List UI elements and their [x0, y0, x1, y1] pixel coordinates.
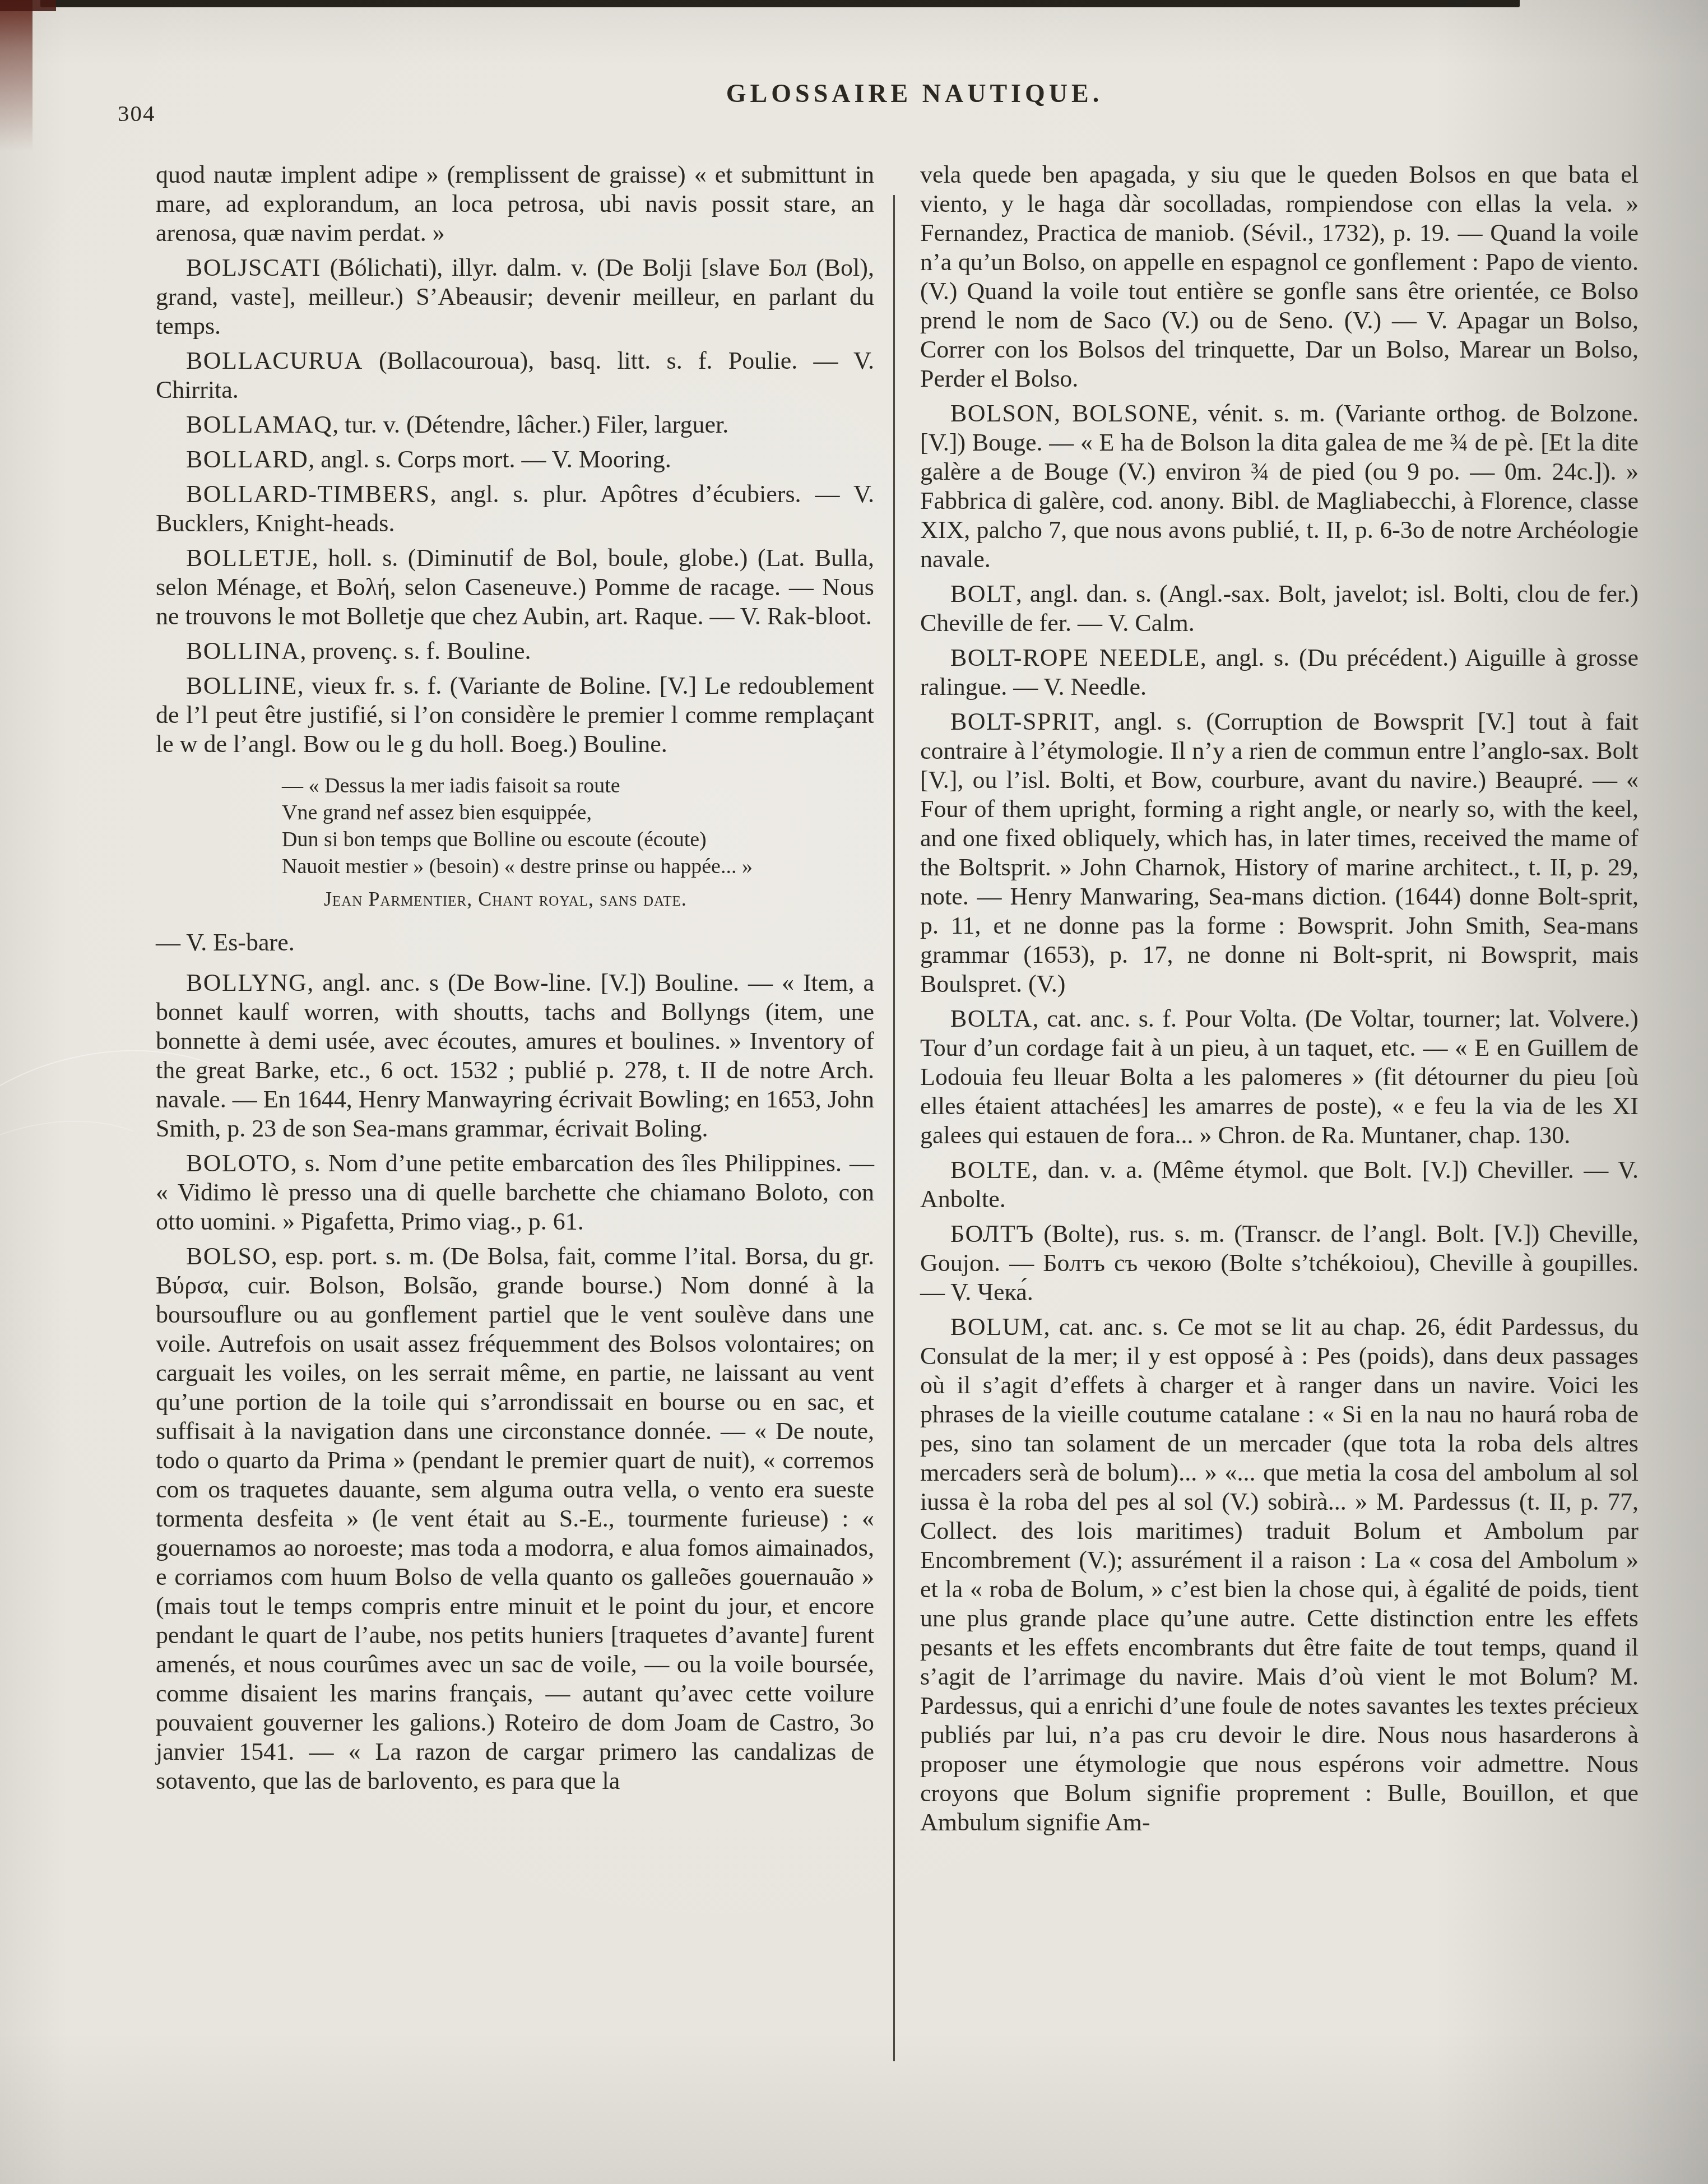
entry-paragraph: БОЛТЪ (Bolte), rus. s. m. (Transcr. de l… [920, 1219, 1639, 1307]
verse-line: Nauoit mestier » (besoin) « destre prins… [282, 853, 874, 880]
cross-reference-note: — V. Es-bare. [156, 928, 874, 957]
entry-headword: BOLUM [950, 1313, 1043, 1341]
entry-paragraph: BOLT, angl. dan. s. (Angl.-sax. Bolt, ja… [920, 579, 1639, 638]
continuation-paragraph: vela quede ben apagada, y siu que le que… [920, 160, 1639, 393]
entry-paragraph: BOLLARD-TIMBERS, angl. s. plur. Apôtres … [156, 480, 874, 538]
entry-paragraph: BOLLAMAQ, tur. v. (Détendre, lâcher.) Fi… [156, 410, 874, 439]
page-number: 304 [118, 100, 156, 127]
entry-paragraph: BOLTA, cat. anc. s. f. Pour Volta. (De V… [920, 1004, 1639, 1150]
entry-paragraph: BOLJSCATI (Bólichati), illyr. dalm. v. (… [156, 253, 874, 341]
entry-headword: BOLLARD [186, 446, 308, 473]
entry-headword: BOLSO [186, 1242, 271, 1270]
entry-headword: BOLT [950, 580, 1016, 608]
entry-paragraph: BOLT-ROPE NEEDLE, angl. s. (Du précédent… [920, 643, 1639, 702]
verse-line: Vne grand nef assez bien esquippée, [282, 799, 874, 826]
entry-headword: BOLJSCATI [186, 254, 321, 281]
entry-paragraph: BOLLARD, angl. s. Corps mort. — V. Moori… [156, 445, 874, 474]
entry-headword: BOLLETJE [186, 544, 312, 572]
continuation-paragraph: quod nautæ implent adipe » (remplissent … [156, 160, 874, 248]
book-page-photo: 304 GLOSSAIRE NAUTIQUE. quod nautæ imple… [0, 0, 1708, 2184]
entry-headword: BOLLACURUA [186, 347, 363, 374]
verse-quote: — « Dessus la mer iadis faisoit sa route… [282, 772, 874, 880]
right-text-column: vela quede ben apagada, y siu que le que… [920, 160, 1639, 1843]
entry-paragraph: BOLLACURUA (Bollacouroua), basq. litt. s… [156, 346, 874, 405]
quote-attribution: Jean Parmentier, Chant royal, sans date. [156, 884, 874, 914]
photo-corner-shadow [0, 0, 33, 151]
entry-headword: BOLLAMAQ [186, 411, 332, 438]
entry-headword: BOLT-SPRIT [950, 708, 1094, 735]
entry-paragraph: BOLLINA, provenç. s. f. Bouline. [156, 637, 874, 666]
running-head-title: GLOSSAIRE NAUTIQUE. [726, 78, 1103, 108]
entry-headword: BOLLINA [186, 637, 300, 665]
entry-paragraph: BOLUM, cat. anc. s. Ce mot se lit au cha… [920, 1313, 1639, 1837]
entry-headword: BOLLYNG [186, 969, 307, 996]
entry-paragraph: BOLTE, dan. v. a. (Même étymol. que Bolt… [920, 1156, 1639, 1214]
verse-line: Dun si bon temps que Bolline ou escoute … [282, 826, 874, 853]
entry-paragraph: BOLLINE, vieux fr. s. f. (Variante de Bo… [156, 671, 874, 759]
entry-headword: BOLTE [950, 1156, 1032, 1184]
verse-line: — « Dessus la mer iadis faisoit sa route [282, 772, 874, 799]
entry-headword: BOLSON, BOLSONE [950, 400, 1192, 427]
column-divider-rule [893, 195, 895, 2061]
entry-headword: BOLLARD-TIMBERS [186, 480, 430, 508]
entry-headword: BOLT-ROPE NEEDLE [950, 644, 1200, 671]
entry-paragraph: BOLT-SPRIT, angl. s. (Corruption de Bows… [920, 707, 1639, 999]
photo-top-edge [40, 0, 1520, 7]
entry-paragraph: BOLSON, BOLSONE, vénit. s. m. (Variante … [920, 399, 1639, 574]
entry-headword: BOLTA [950, 1005, 1033, 1032]
entry-headword: BOLOTO [186, 1149, 291, 1177]
left-text-column: quod nautæ implent adipe » (remplissent … [156, 160, 874, 1801]
entry-headword: БОЛТЪ [950, 1220, 1034, 1248]
entry-paragraph: BOLOTO, s. Nom d’une petite embarcation … [156, 1149, 874, 1236]
entry-paragraph: BOLLYNG, angl. anc. s (De Bow-line. [V.]… [156, 968, 874, 1143]
entry-paragraph: BOLLETJE, holl. s. (Diminutif de Bol, bo… [156, 544, 874, 631]
entry-headword: BOLLINE [186, 672, 298, 699]
entry-paragraph: BOLSO, esp. port. s. m. (De Bolsa, fait,… [156, 1242, 874, 1796]
